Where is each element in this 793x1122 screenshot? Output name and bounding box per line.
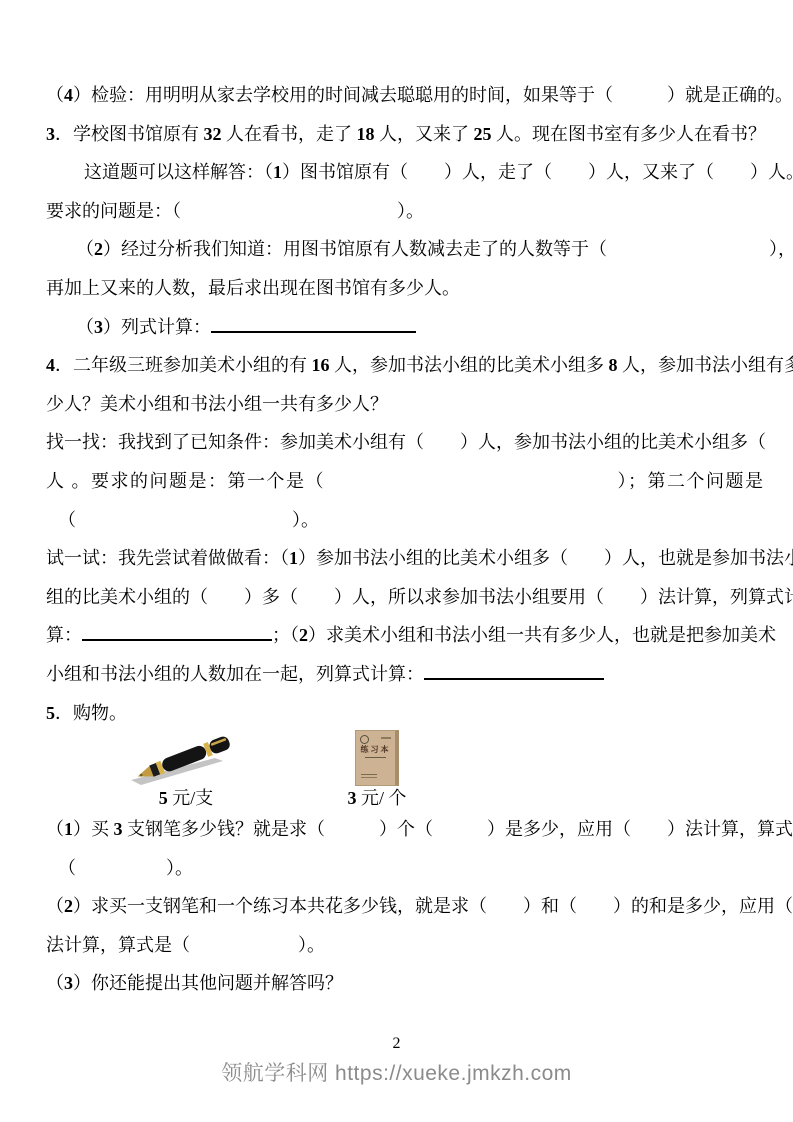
worksheet-line: （2）求买一支钢笔和一个练习本共花多少钱，就是求（ ）和（ ）的和是多少，应用（… (46, 887, 747, 926)
worksheet-line: （1）买 3 支钢笔多少钱？就是求（ ）个（ ）是多少，应用（ ）法计算，算式是… (46, 810, 747, 849)
worksheet-line: （3）你还能提出其他问题并解答吗？ (46, 964, 747, 1003)
worksheet-page: （4）检验：用明明从家去学校用的时间减去聪聪用的时间，如果等于（ ）就是正确的。… (0, 0, 793, 1122)
text-run: 少人？美术小组和书法小组一共有多少人？ (46, 394, 388, 414)
shopping-figure: 5 元/支 练习本 3 元/ 个 (126, 728, 747, 810)
notebook-stamp-icon (360, 735, 369, 744)
answer-blank-line (424, 662, 604, 680)
text-run: 找一找：我找到了已知条件：参加美术小组有（ ）人，参加书法小组的比美术小组多（ … (46, 432, 793, 452)
text-run: 小组和书法小组的人数加在一起，列算式计算： (46, 664, 424, 684)
notebook-corner-mark (381, 737, 391, 739)
fountain-pen-image (129, 730, 244, 786)
worksheet-line: 这道题可以这样解答：（1）图书馆原有（ ）人，走了（ ）人，又来了（ ）人。 (46, 153, 747, 192)
text-run: （2）求买一支钢笔和一个练习本共花多少钱，就是求（ ）和（ ）的和是多少，应用（… (46, 896, 793, 916)
text-run: 再加上又来的人数，最后求出现在图书馆有多少人。 (46, 278, 460, 298)
text-run: 3．学校图书馆原有 32 人在看书，走了 18 人，又来了 25 人。现在图书室… (46, 124, 766, 144)
site-footer-link[interactable]: 领航学科网 https://xueke.jmkzh.com (0, 1060, 793, 1088)
answer-blank-line (211, 314, 416, 332)
worksheet-line: 要求的问题是：（ ）。 (46, 192, 747, 231)
product-notebook: 练习本 3 元/ 个 (342, 730, 412, 810)
text-run: 组的比美术小组的（ ）多（ ）人，所以求参加书法小组要用（ ）法计算，列算式计 (46, 587, 793, 607)
worksheet-body-top: （4）检验：用明明从家去学校用的时间减去聪聪用的时间，如果等于（ ）就是正确的。… (46, 76, 747, 732)
answer-blank-line (82, 623, 272, 641)
worksheet-line: 法计算，算式是（ ）。 (46, 926, 747, 965)
worksheet-line: 5．购物。 (46, 694, 747, 733)
notebook-cover-line (365, 757, 386, 758)
notebook-cover-title: 练习本 (356, 745, 395, 755)
text-run: （ ）。 (58, 858, 193, 878)
text-run: 法计算，算式是（ ）。 (46, 935, 325, 955)
product-pen: 5 元/支 (126, 730, 246, 810)
notebook-price-label: 3 元/ 个 (347, 786, 406, 810)
worksheet-body-bottom: （1）买 3 支钢笔多少钱？就是求（ ）个（ ）是多少，应用（ ）法计算，算式是… (46, 810, 747, 1003)
text-run: （ ）。 (58, 510, 319, 530)
worksheet-line: 算：；（2）求美术小组和书法小组一共有多少人，也就是把参加美术 (46, 616, 747, 655)
text-run: 这道题可以这样解答：（1）图书馆原有（ ）人，走了（ ）人，又来了（ ）人。 (84, 162, 793, 182)
notebook-image: 练习本 (355, 730, 399, 786)
text-run: 4．二年级三班参加美术小组的有 16 人，参加书法小组的比美术小组多 8 人，参… (46, 355, 793, 375)
worksheet-line: （3）列式计算： (46, 308, 747, 347)
worksheet-line: 试一试：我先尝试着做做看：（1）参加书法小组的比美术小组多（ ）人，也就是参加书… (46, 539, 747, 578)
worksheet-line: 再加上又来的人数，最后求出现在图书馆有多少人。 (46, 269, 747, 308)
notebook-footer-mark (361, 774, 377, 775)
page-number: 2 (0, 1034, 793, 1054)
text-run: 5．购物。 (46, 703, 127, 723)
worksheet-line: （2）经过分析我们知道：用图书馆原有人数减去走了的人数等于（ ）， (46, 230, 747, 269)
worksheet-line: 3．学校图书馆原有 32 人在看书，走了 18 人，又来了 25 人。现在图书室… (46, 115, 747, 154)
worksheet-line: 人 。要求的问题是：第一个是（ ）；第二个问题是 (46, 462, 747, 501)
text-run: （3）列式计算： (76, 317, 211, 337)
worksheet-line: 组的比美术小组的（ ）多（ ）人，所以求参加书法小组要用（ ）法计算，列算式计 (46, 578, 747, 617)
text-run: ；（2）求美术小组和书法小组一共有多少人，也就是把参加美术 (272, 625, 776, 645)
text-run: 试一试：我先尝试着做做看：（1）参加书法小组的比美术小组多（ ）人，也就是参加书… (46, 548, 793, 568)
text-run: 要求的问题是：（ ）。 (46, 201, 424, 221)
worksheet-line: 4．二年级三班参加美术小组的有 16 人，参加书法小组的比美术小组多 8 人，参… (46, 346, 747, 385)
text-run: 算： (46, 625, 82, 645)
worksheet-line: 少人？美术小组和书法小组一共有多少人？ (46, 385, 747, 424)
text-run: （1）买 3 支钢笔多少钱？就是求（ ）个（ ）是多少，应用（ ）法计算，算式是… (46, 819, 793, 839)
text-run: 人 。要求的问题是：第一个是（ ）；第二个问题是 (46, 471, 765, 491)
worksheet-line: （ ）。 (46, 849, 747, 888)
text-run: （3）你还能提出其他问题并解答吗？ (46, 973, 343, 993)
worksheet-line: （4）检验：用明明从家去学校用的时间减去聪聪用的时间，如果等于（ ）就是正确的。 (46, 76, 747, 115)
text-run: （2）经过分析我们知道：用图书馆原有人数减去走了的人数等于（ ）， (76, 239, 793, 259)
pen-price-label: 5 元/支 (159, 786, 214, 810)
text-run: （4）检验：用明明从家去学校用的时间减去聪聪用的时间，如果等于（ ）就是正确的。 (46, 85, 793, 105)
worksheet-line: 小组和书法小组的人数加在一起，列算式计算： (46, 655, 747, 694)
worksheet-line: （ ）。 (46, 501, 747, 540)
worksheet-line: 找一找：我找到了已知条件：参加美术小组有（ ）人，参加书法小组的比美术小组多（ … (46, 423, 747, 462)
